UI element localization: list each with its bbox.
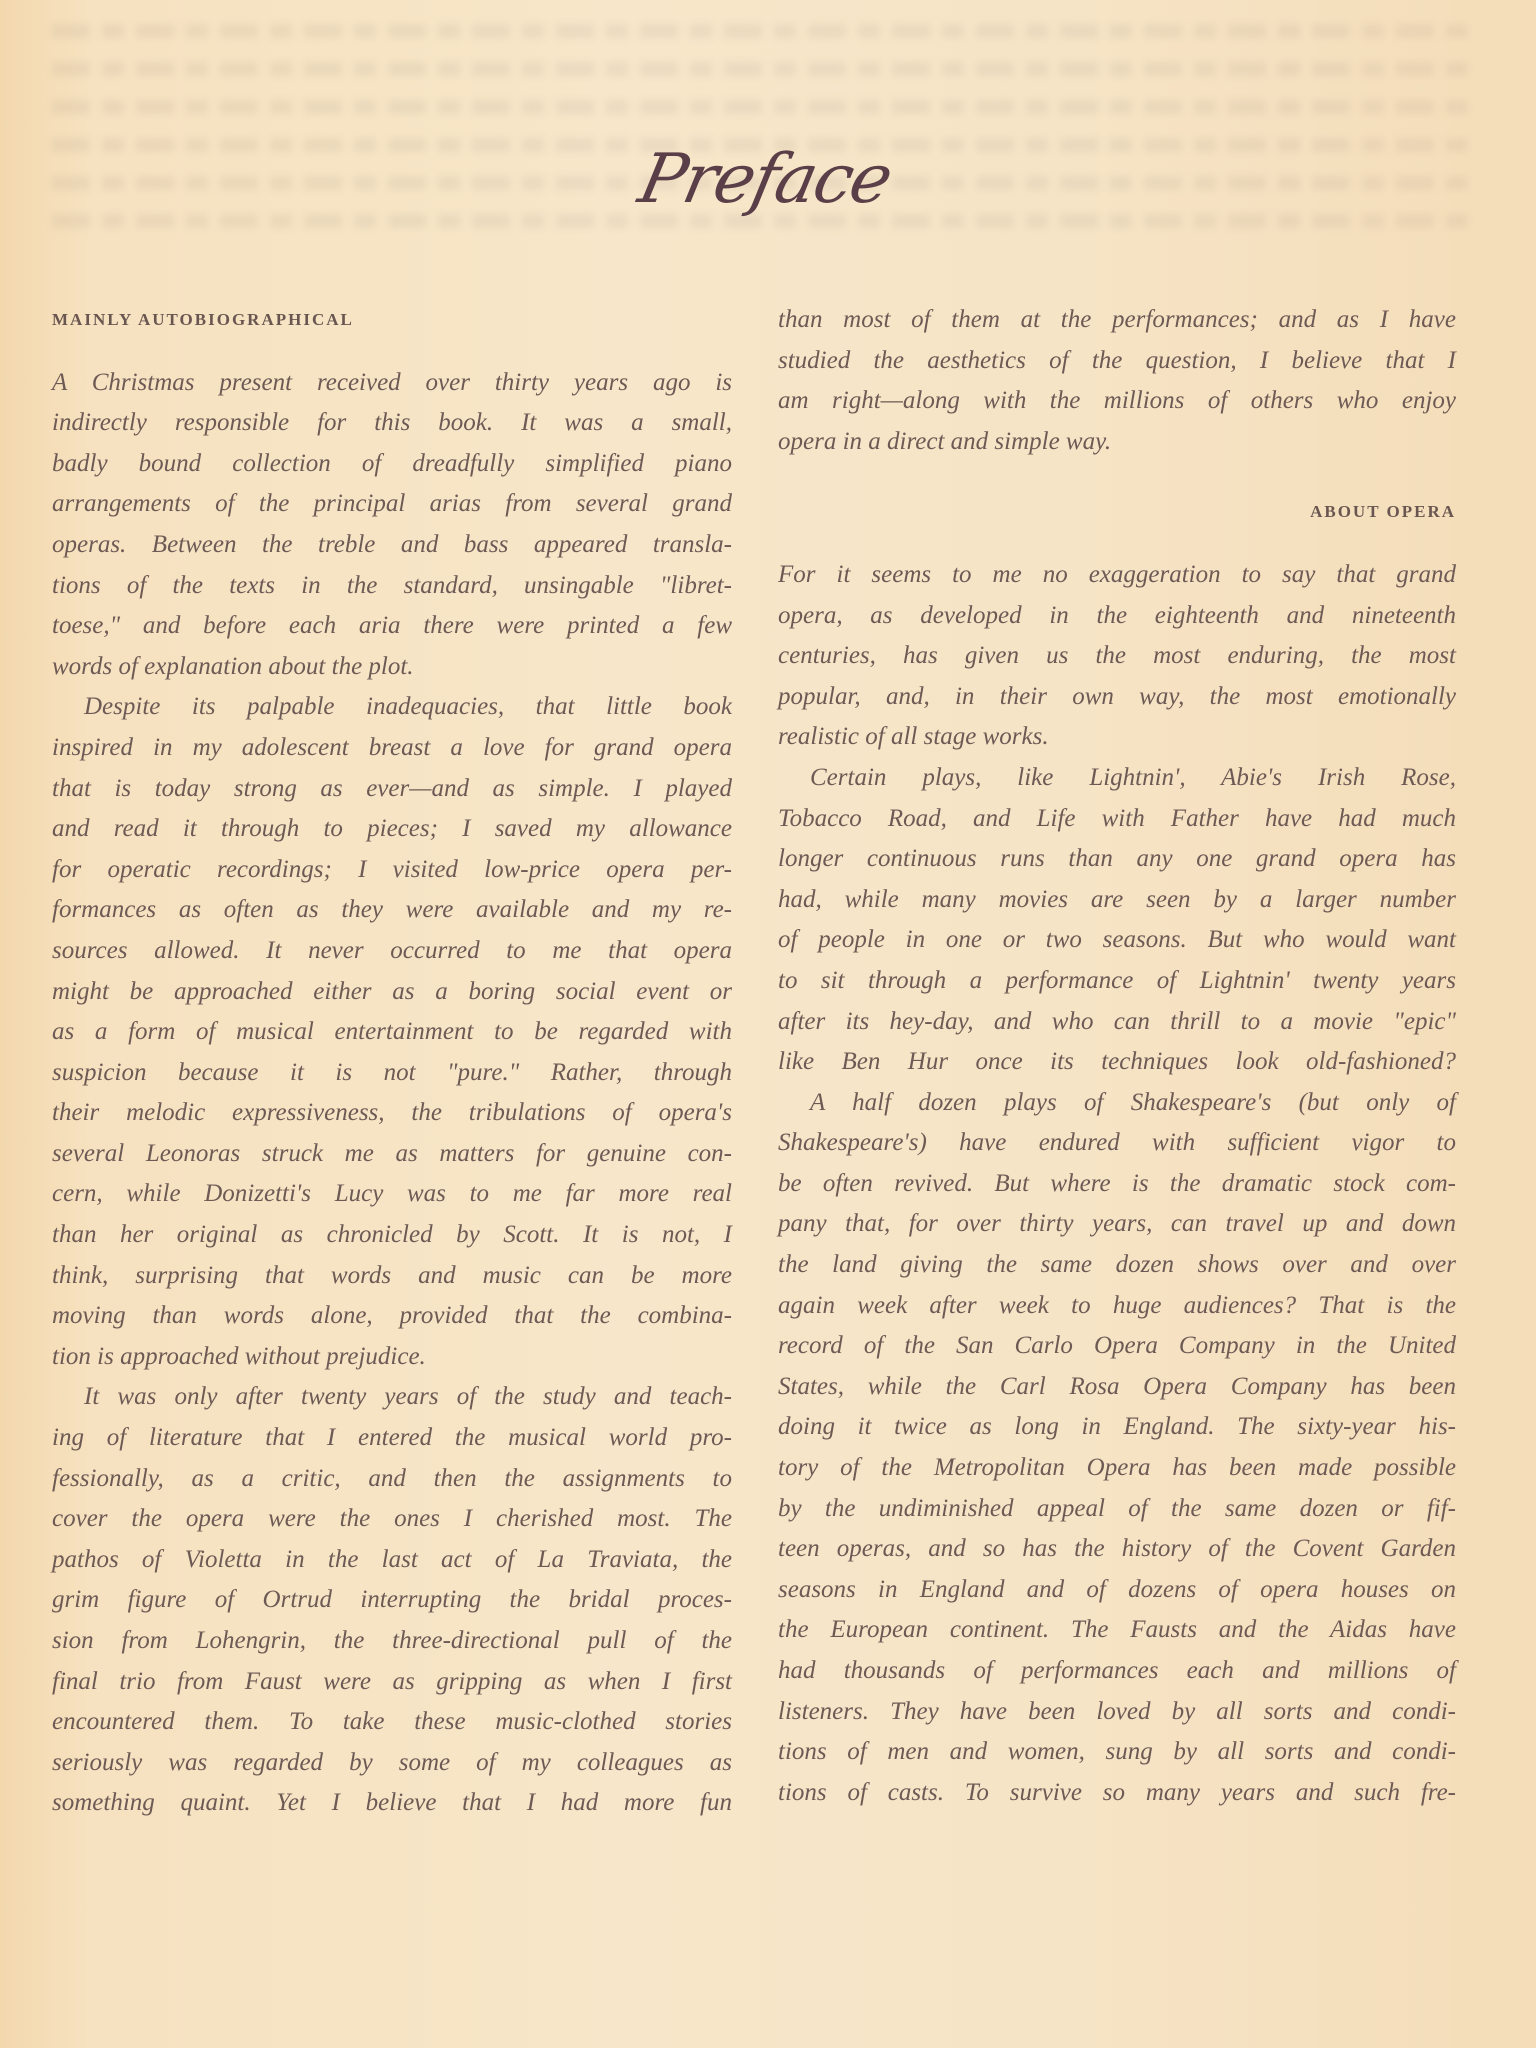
text-line: to sit through a performance of Lightnin… bbox=[778, 961, 1456, 1002]
text-line: operas. Between the treble and bass appe… bbox=[52, 525, 732, 566]
text-line: A half dozen plays of Shakespeare's (but… bbox=[778, 1083, 1456, 1124]
left-column: MAINLY AUTOBIOGRAPHICAL A Christmas pres… bbox=[52, 300, 732, 1824]
paragraph: Despite its palpable inadequacies, that … bbox=[52, 687, 732, 1377]
text-line: A Christmas present received over thirty… bbox=[52, 363, 732, 404]
text-line: doing it twice as long in England. The s… bbox=[778, 1407, 1456, 1448]
text-line: encountered them. To take these music-cl… bbox=[52, 1702, 732, 1743]
text-line: record of the San Carlo Opera Company in… bbox=[778, 1326, 1456, 1367]
paragraph: than most of them at the performances; a… bbox=[778, 300, 1456, 462]
text-line: cern, while Donizetti's Lucy was to me f… bbox=[52, 1174, 732, 1215]
text-line: badly bound collection of dreadfully sim… bbox=[52, 444, 732, 485]
text-line: words of explanation about the plot. bbox=[52, 647, 732, 688]
text-line: tory of the Metropolitan Opera has been … bbox=[778, 1448, 1456, 1489]
text-line: than most of them at the performances; a… bbox=[778, 300, 1456, 341]
text-line: might be approached either as a boring s… bbox=[52, 972, 732, 1013]
text-line: longer continuous runs than any one gran… bbox=[778, 839, 1456, 880]
section-heading-about-opera: ABOUT OPERA bbox=[778, 492, 1456, 533]
text-line: had, while many movies are seen by a lar… bbox=[778, 880, 1456, 921]
text-line: final trio from Faust were as gripping a… bbox=[52, 1662, 732, 1703]
text-line: than her original as chronicled by Scott… bbox=[52, 1215, 732, 1256]
paragraph: A Christmas present received over thirty… bbox=[52, 363, 732, 688]
paragraph: For it seems to me no exaggeration to sa… bbox=[778, 555, 1456, 758]
text-line: seasons in England and of dozens of oper… bbox=[778, 1570, 1456, 1611]
text-line: listeners. They have been loved by all s… bbox=[778, 1692, 1456, 1733]
text-line: seriously was regarded by some of my col… bbox=[52, 1743, 732, 1784]
text-line: Certain plays, like Lightnin', Abie's Ir… bbox=[778, 758, 1456, 799]
text-line: as a form of musical entertainment to be… bbox=[52, 1012, 732, 1053]
text-line: For it seems to me no exaggeration to sa… bbox=[778, 555, 1456, 596]
text-line: after its hey-day, and who can thrill to… bbox=[778, 1002, 1456, 1043]
text-line: by the undiminished appeal of the same d… bbox=[778, 1489, 1456, 1530]
paragraph: A half dozen plays of Shakespeare's (but… bbox=[778, 1083, 1456, 1814]
text-line: suspicion because it is not "pure." Rath… bbox=[52, 1053, 732, 1094]
text-line: sion from Lohengrin, the three-direction… bbox=[52, 1621, 732, 1662]
text-line: arrangements of the principal arias from… bbox=[52, 484, 732, 525]
page-title: Preface bbox=[622, 140, 909, 219]
text-line: formances as often as they were availabl… bbox=[52, 890, 732, 931]
text-line: of people in one or two seasons. But who… bbox=[778, 920, 1456, 961]
text-line: opera in a direct and simple way. bbox=[778, 422, 1456, 463]
text-line: tion is approached without prejudice. bbox=[52, 1337, 732, 1378]
text-line: It was only after twenty years of the st… bbox=[52, 1377, 732, 1418]
right-column: than most of them at the performances; a… bbox=[778, 300, 1456, 1813]
text-line: again week after week to huge audiences?… bbox=[778, 1286, 1456, 1327]
text-line: inspired in my adolescent breast a love … bbox=[52, 728, 732, 769]
text-line: opera, as developed in the eighteenth an… bbox=[778, 596, 1456, 637]
text-line: like Ben Hur once its techniques look ol… bbox=[778, 1042, 1456, 1083]
text-line: their melodic expressiveness, the tribul… bbox=[52, 1093, 732, 1134]
text-line: pathos of Violetta in the last act of La… bbox=[52, 1540, 732, 1581]
text-line: tions of men and women, sung by all sort… bbox=[778, 1732, 1456, 1773]
text-line: the land giving the same dozen shows ove… bbox=[778, 1245, 1456, 1286]
text-line: Shakespeare's) have endured with suffici… bbox=[778, 1123, 1456, 1164]
text-line: tions of casts. To survive so many years… bbox=[778, 1773, 1456, 1814]
text-line: Despite its palpable inadequacies, that … bbox=[52, 687, 732, 728]
text-line: pany that, for over thirty years, can tr… bbox=[778, 1204, 1456, 1245]
text-line: studied the aesthetics of the question, … bbox=[778, 341, 1456, 382]
text-line: fessionally, as a critic, and then the a… bbox=[52, 1459, 732, 1500]
text-line: for operatic recordings; I visited low-p… bbox=[52, 850, 732, 891]
text-line: and read it through to pieces; I saved m… bbox=[52, 809, 732, 850]
text-line: ing of literature that I entered the mus… bbox=[52, 1418, 732, 1459]
text-line: the European continent. The Fausts and t… bbox=[778, 1610, 1456, 1651]
text-line: grim figure of Ortrud interrupting the b… bbox=[52, 1580, 732, 1621]
text-line: that is today strong as ever—and as simp… bbox=[52, 769, 732, 810]
text-line: Tobacco Road, and Life with Father have … bbox=[778, 799, 1456, 840]
text-line: am right—along with the millions of othe… bbox=[778, 381, 1456, 422]
text-line: indirectly responsible for this book. It… bbox=[52, 403, 732, 444]
paragraph: It was only after twenty years of the st… bbox=[52, 1377, 732, 1824]
text-line: realistic of all stage works. bbox=[778, 717, 1456, 758]
section-heading-autobiographical: MAINLY AUTOBIOGRAPHICAL bbox=[52, 300, 732, 341]
text-line: popular, and, in their own way, the most… bbox=[778, 677, 1456, 718]
text-line: teen operas, and so has the history of t… bbox=[778, 1529, 1456, 1570]
text-line: think, surprising that words and music c… bbox=[52, 1256, 732, 1297]
text-line: several Leonoras struck me as matters fo… bbox=[52, 1134, 732, 1175]
text-line: States, while the Carl Rosa Opera Compan… bbox=[778, 1367, 1456, 1408]
paragraph: Certain plays, like Lightnin', Abie's Ir… bbox=[778, 758, 1456, 1083]
text-line: had thousands of performances each and m… bbox=[778, 1651, 1456, 1692]
text-line: be often revived. But where is the drama… bbox=[778, 1164, 1456, 1205]
text-line: centuries, has given us the most endurin… bbox=[778, 636, 1456, 677]
text-line: something quaint. Yet I believe that I h… bbox=[52, 1783, 732, 1824]
text-line: moving than words alone, provided that t… bbox=[52, 1296, 732, 1337]
text-line: toese," and before each aria there were … bbox=[52, 606, 732, 647]
text-line: cover the opera were the ones I cherishe… bbox=[52, 1499, 732, 1540]
text-line: sources allowed. It never occurred to me… bbox=[52, 931, 732, 972]
text-line: tions of the texts in the standard, unsi… bbox=[52, 566, 732, 607]
